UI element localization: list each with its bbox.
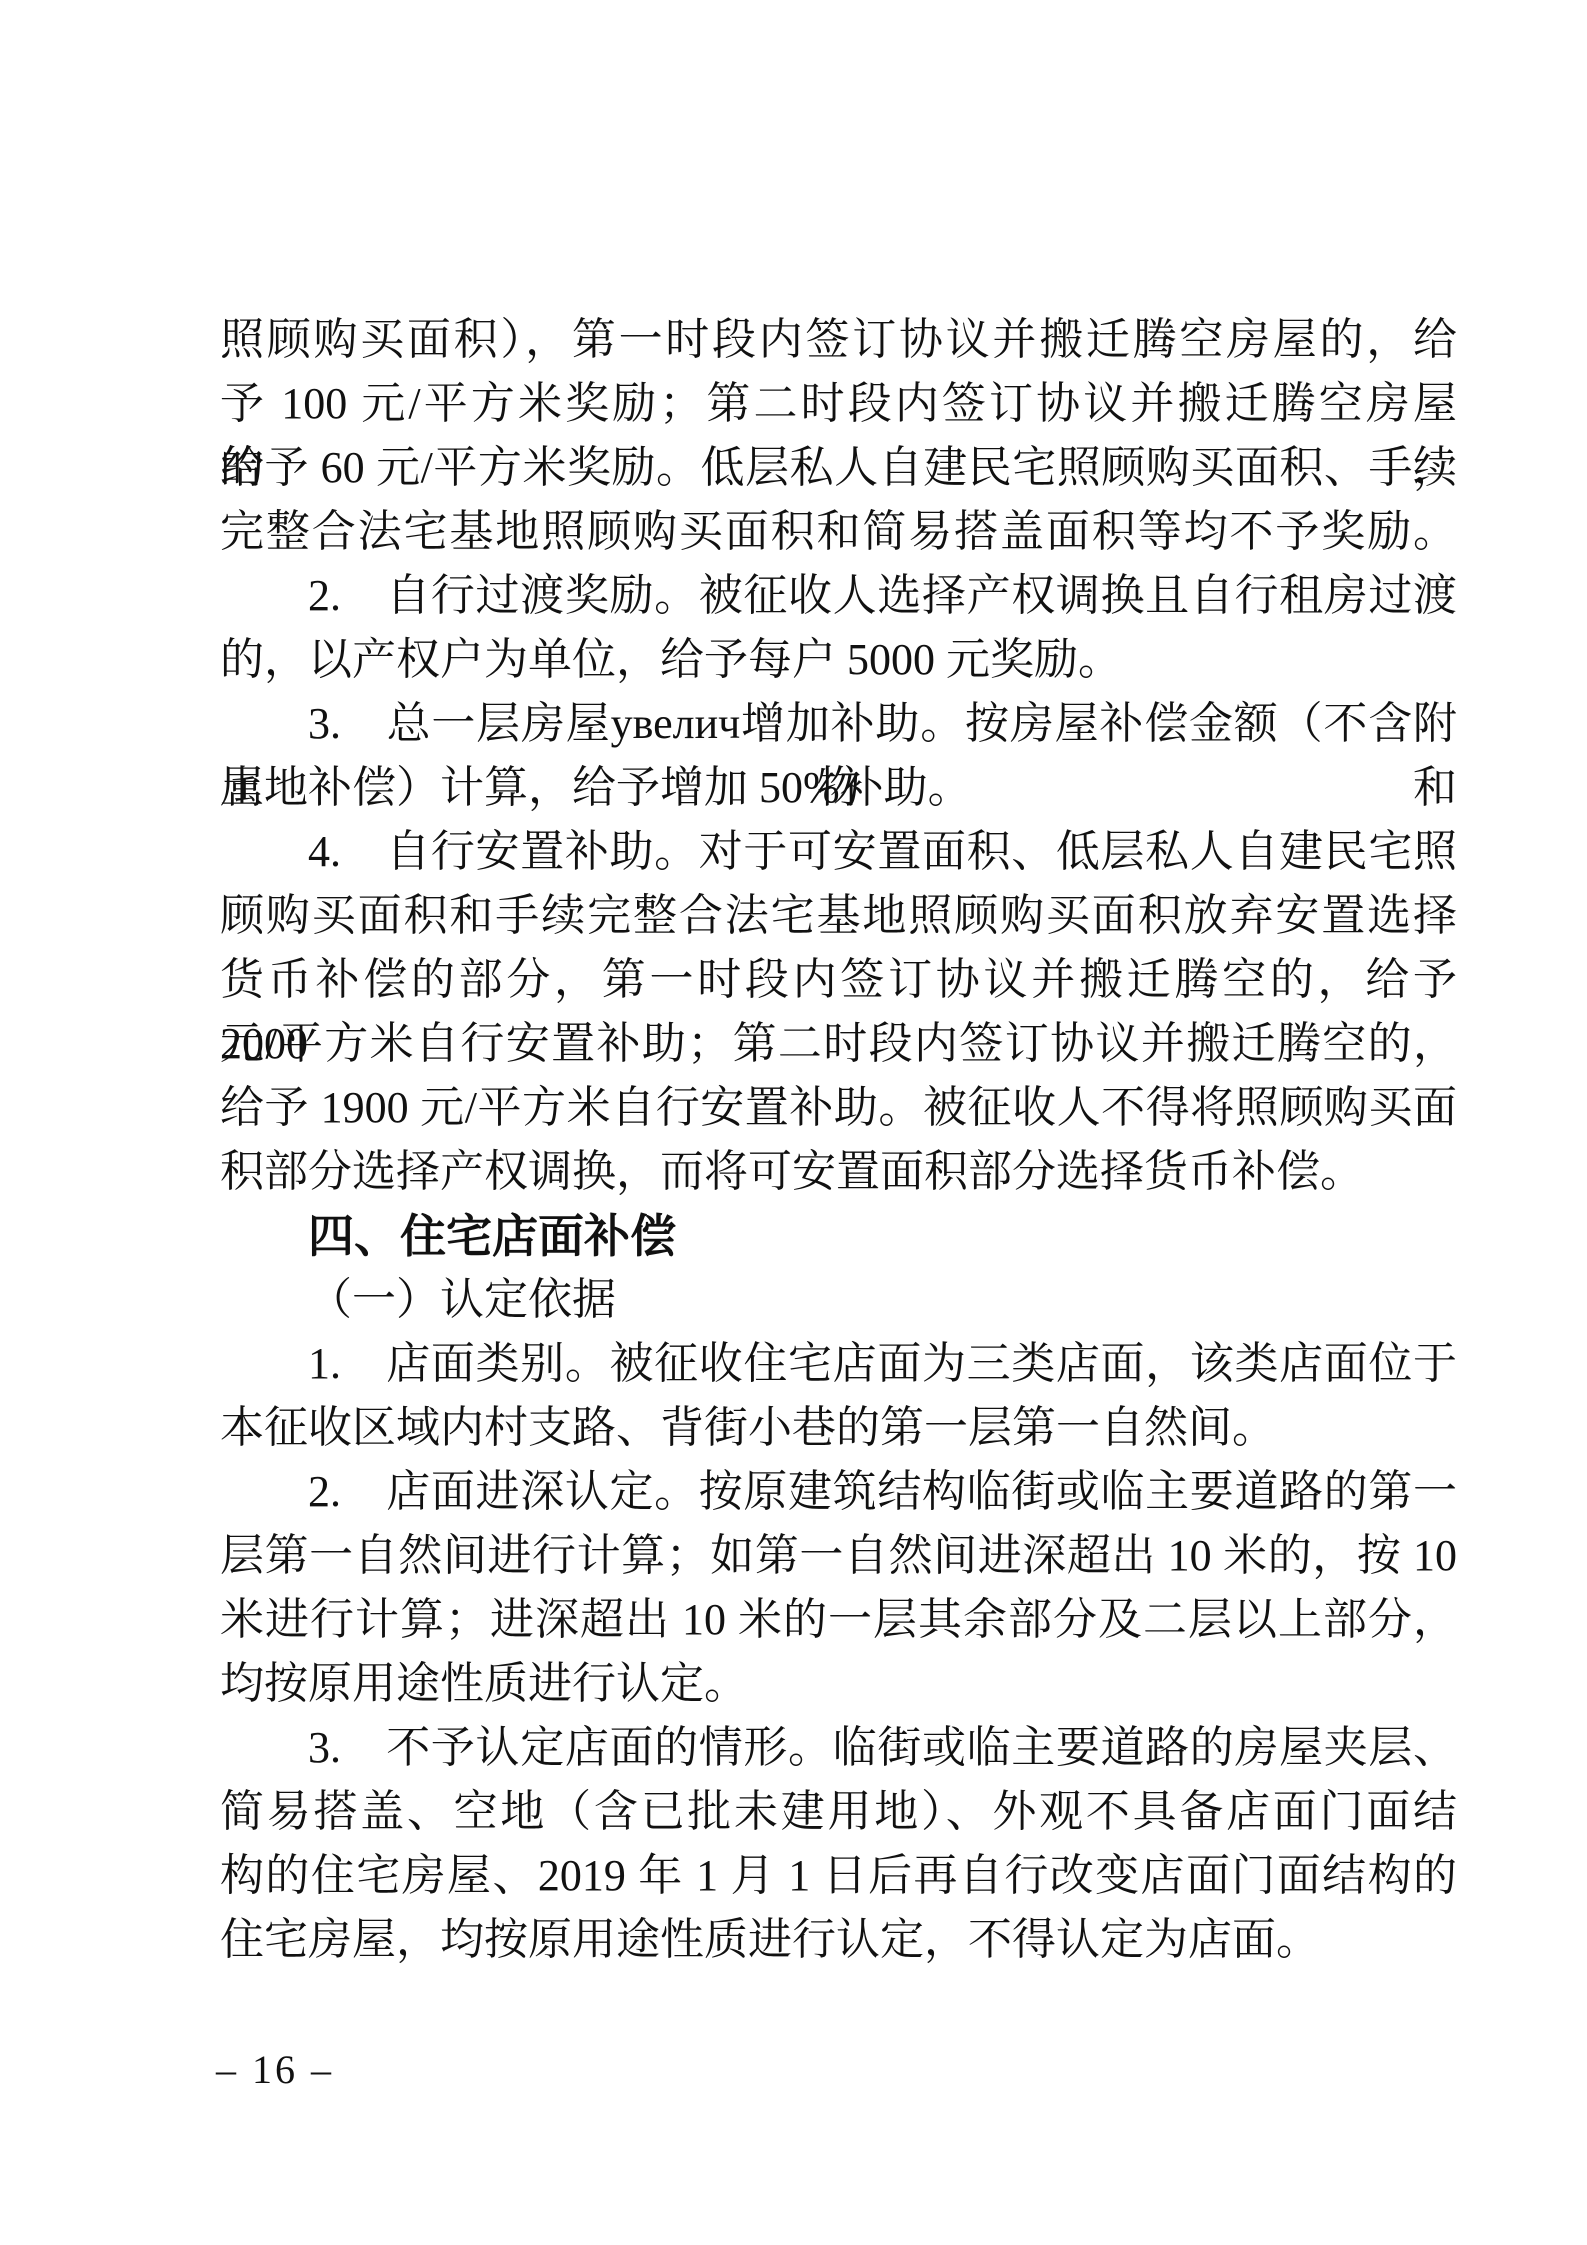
body-line: 2. 店面进深认定。按原建筑结构临街或临主要道路的第一 <box>220 1460 1457 1524</box>
body-line: 构的住宅房屋、2019 年 1 月 1 日后再自行改变店面门面结构的 <box>220 1844 1457 1908</box>
body-line: 4. 自行安置补助。对于可安置面积、低层私人自建民宅照 <box>220 820 1457 884</box>
body-line: 米进行计算；进深超出 10 米的一层其余部分及二层以上部分， <box>220 1588 1457 1652</box>
page-background: 照顾购买面积），第一时段内签订协议并搬迁腾空房屋的，给 予 100 元/平方米奖… <box>0 0 1587 2245</box>
body-line: 积部分选择产权调换，而将可安置面积部分选择货币补偿。 <box>220 1140 1457 1204</box>
body-line: 照顾购买面积），第一时段内签订协议并搬迁腾空房屋的，给 <box>220 308 1457 372</box>
body-line: 3. 不予认定店面的情形。临街或临主要道路的房屋夹层、 <box>220 1716 1457 1780</box>
page-number: – 16 – <box>216 2048 334 2092</box>
body-line: 1. 店面类别。被征收住宅店面为三类店面，该类店面位于 <box>220 1332 1457 1396</box>
body-line: 2. 自行过渡奖励。被征收人选择产权调换且自行租房过渡 <box>220 564 1457 628</box>
body-line: 本征收区域内村支路、背街小巷的第一层第一自然间。 <box>220 1396 1457 1460</box>
body-line: 层第一自然间进行计算；如第一自然间进深超出 10 米的，按 10 <box>220 1524 1457 1588</box>
body-line: 予 100 元/平方米奖励；第二时段内签订协议并搬迁腾空房屋的， <box>220 372 1457 436</box>
body-line: 完整合法宅基地照顾购买面积和简易搭盖面积等均不予奖励。 <box>220 500 1457 564</box>
body-line: 给予 60 元/平方米奖励。低层私人自建民宅照顾购买面积、手续 <box>220 436 1457 500</box>
body-line: 货币补偿的部分，第一时段内签订协议并搬迁腾空的，给予 2000 <box>220 948 1457 1012</box>
document-page: { "page": { "background": "#ffffff", "te… <box>0 0 1587 2245</box>
body-line: 元/平方米自行安置补助；第二时段内签订协议并搬迁腾空的， <box>220 1012 1457 1076</box>
subsection-heading: （一）认定依据 <box>220 1268 1457 1332</box>
body-line: 均按原用途性质进行认定。 <box>220 1652 1457 1716</box>
body-line: 顾购买面积和手续完整合法宅基地照顾购买面积放弃安置选择 <box>220 884 1457 948</box>
section-heading: 四、住宅店面补偿 <box>220 1204 1457 1268</box>
body-line: 简易搭盖、空地（含已批未建用地）、外观不具备店面门面结 <box>220 1780 1457 1844</box>
body-line: 住宅房屋，均按原用途性质进行认定，不得认定为店面。 <box>220 1908 1457 1972</box>
body-line: 给予 1900 元/平方米自行安置补助。被征收人不得将照顾购买面 <box>220 1076 1457 1140</box>
body-line: 3. 总一层房屋увелич增加补助。按房屋补偿金额（不含附属物和 <box>220 692 1457 756</box>
body-line: 的，以产权户为单位，给予每户 5000 元奖励。 <box>220 628 1457 692</box>
document-body: 照顾购买面积），第一时段内签订协议并搬迁腾空房屋的，给 予 100 元/平方米奖… <box>220 308 1457 1972</box>
